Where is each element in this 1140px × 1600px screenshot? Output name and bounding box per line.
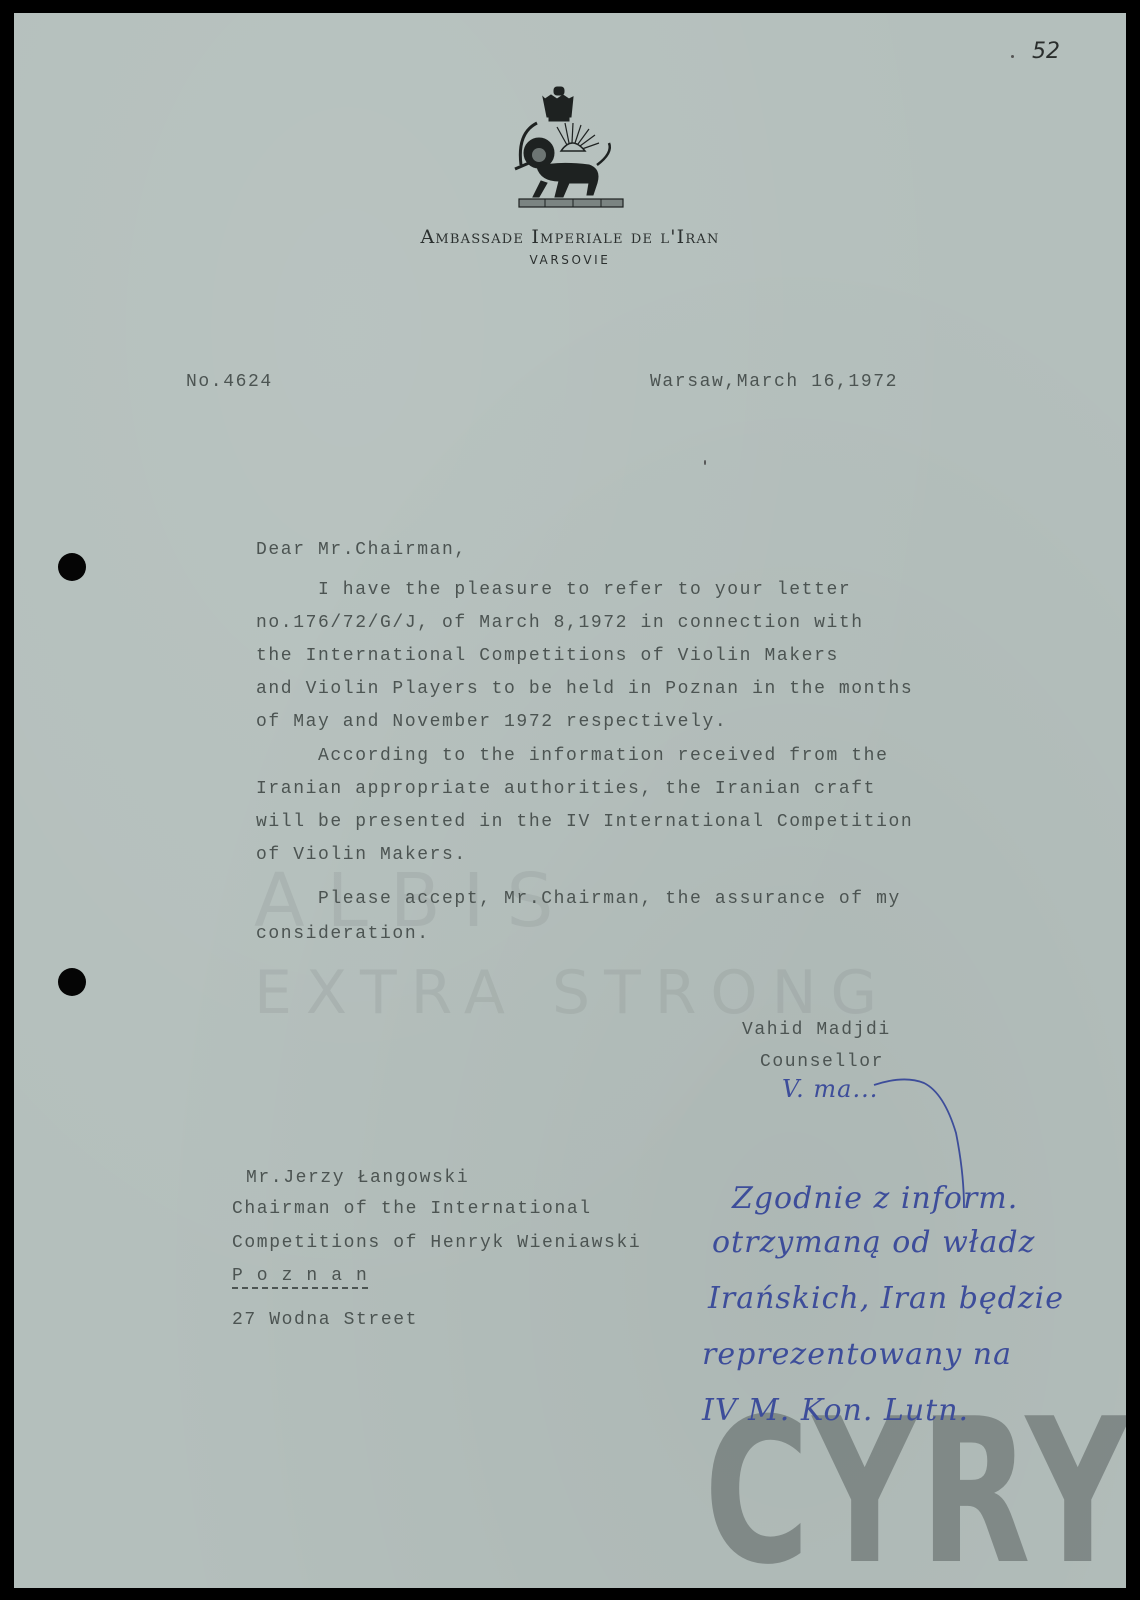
recipient-street: 27 Wodna Street bbox=[232, 1311, 418, 1329]
letterhead-city: VARSOVIE bbox=[14, 253, 1126, 267]
signatory-title: Counsellor bbox=[760, 1053, 884, 1071]
salutation: Dear Mr.Chairman, bbox=[256, 541, 467, 559]
recipient-city: P o z n a n bbox=[232, 1267, 368, 1289]
hole-punch-top bbox=[58, 553, 86, 581]
reference-number: No.4624 bbox=[186, 373, 273, 391]
recipient-line2: Competitions of Henryk Wieniawski bbox=[232, 1234, 641, 1252]
body-line: of May and November 1972 respectively. bbox=[256, 713, 727, 731]
lion-and-sun-emblem-icon bbox=[497, 83, 647, 223]
body-line: will be presented in the IV Internationa… bbox=[256, 813, 913, 831]
handwritten-note-line: IV M. Kon. Lutn. bbox=[702, 1393, 969, 1428]
handwritten-note-line: otrzymaną od władz bbox=[712, 1225, 1035, 1260]
body-line: no.176/72/G/J, of March 8,1972 in connec… bbox=[256, 614, 864, 632]
body-line: Please accept, Mr.Chairman, the assuranc… bbox=[256, 890, 901, 908]
place-and-date: Warsaw,March 16,1972 bbox=[650, 373, 898, 391]
paper-watermark-line2: EXTRA STRONG bbox=[254, 958, 891, 1028]
recipient-name: Mr.Jerzy Łangowski bbox=[246, 1169, 469, 1187]
hole-punch-bottom bbox=[58, 968, 86, 996]
letterhead-title: Ambassade Imperiale de l'Iran bbox=[14, 226, 1126, 248]
body-line: According to the information received fr… bbox=[256, 747, 889, 765]
body-line: the International Competitions of Violin… bbox=[256, 647, 839, 665]
body-line: of Violin Makers. bbox=[256, 846, 467, 864]
handwritten-note-line: Zgodnie z inform. bbox=[732, 1181, 1018, 1216]
page-number: 52 bbox=[1032, 39, 1060, 64]
recipient-line1: Chairman of the International bbox=[232, 1200, 592, 1218]
body-line: and Violin Players to be held in Poznan … bbox=[256, 680, 913, 698]
handwritten-note-line: reprezentowany na bbox=[702, 1337, 1012, 1372]
handwritten-note-line: Irańskich, Iran będzie bbox=[708, 1281, 1064, 1316]
body-line: consideration. bbox=[256, 925, 430, 943]
letter-page: ALBIS EXTRA STRONG 52 bbox=[14, 13, 1126, 1588]
signatory-name: Vahid Madjdi bbox=[742, 1021, 891, 1039]
body-line: Iranian appropriate authorities, the Ira… bbox=[256, 780, 876, 798]
ink-mark bbox=[704, 460, 706, 465]
ink-dot bbox=[1011, 55, 1014, 58]
body-line: I have the pleasure to refer to your let… bbox=[256, 581, 851, 599]
